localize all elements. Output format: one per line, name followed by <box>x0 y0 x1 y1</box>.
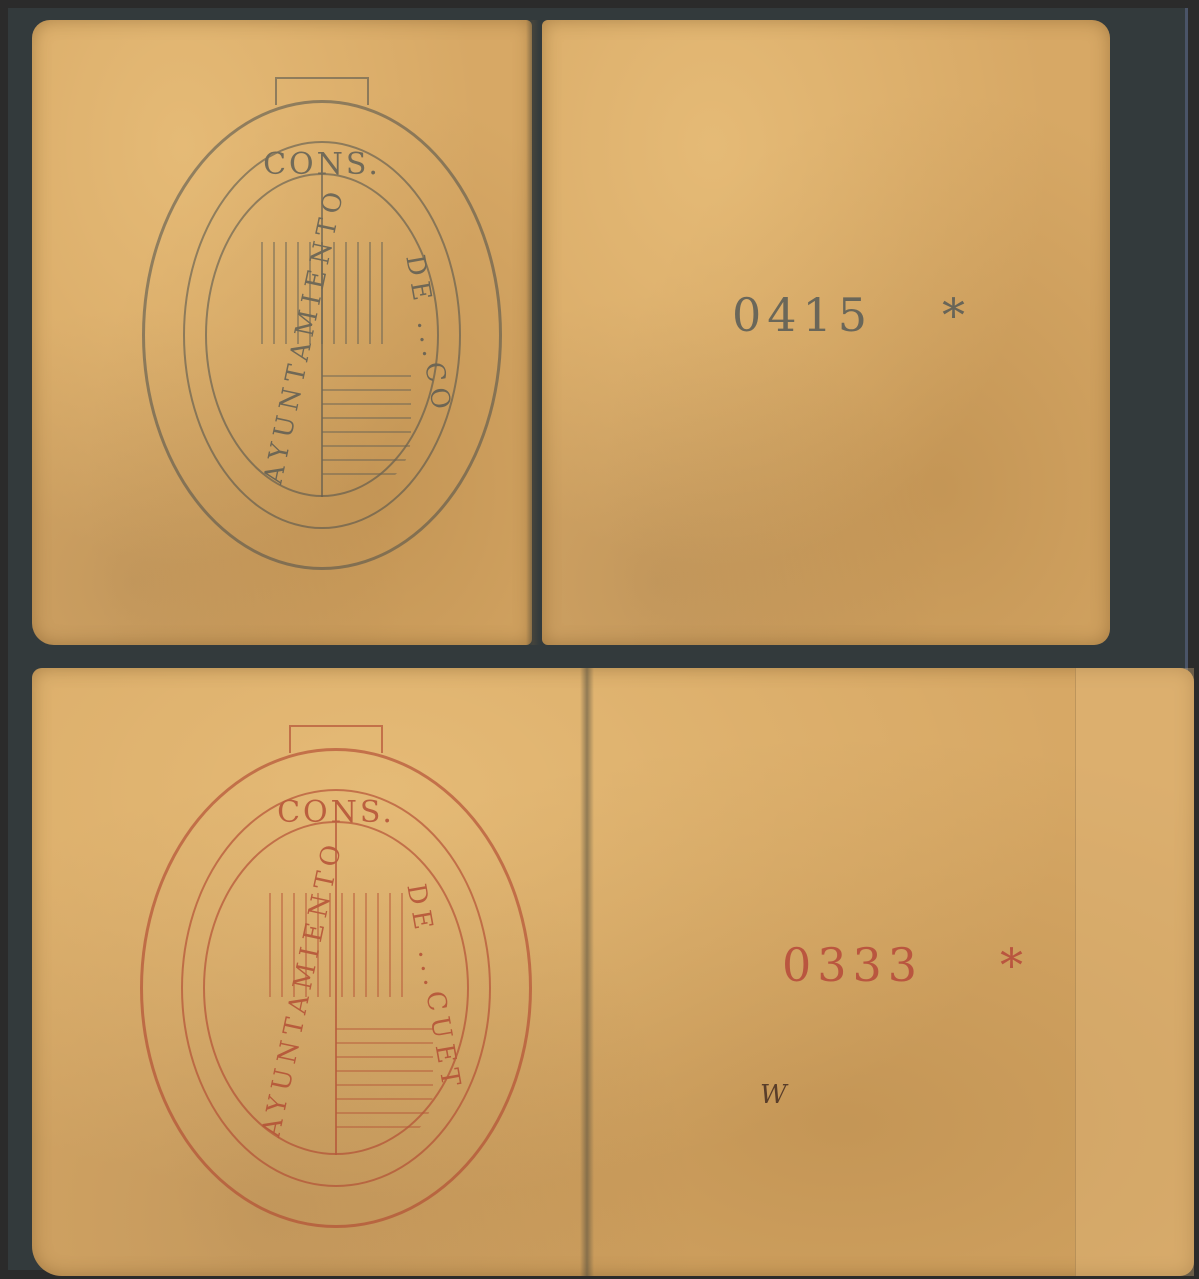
crown-icon <box>289 725 383 753</box>
serial-number: 0415 <box>732 288 873 342</box>
crown-icon <box>275 77 369 105</box>
seal-legend-top: CONS. <box>143 795 529 830</box>
top-note-right-panel: 0415 * <box>542 20 1110 645</box>
cathedral-icon <box>259 893 413 997</box>
fold-crease <box>580 668 594 1276</box>
handwritten-mark: W <box>760 1080 787 1110</box>
top-note-left-panel: CONS. AYUNTAMIENTO DE ...CO <box>32 20 532 645</box>
asterisk-icon: * <box>942 288 971 342</box>
paper-edge-strip <box>1075 668 1194 1276</box>
municipal-seal-red: CONS. AYUNTAMIENTO DE ...CUET <box>140 748 532 1228</box>
fold-crease <box>526 20 540 645</box>
serial-number: 0333 <box>782 938 923 992</box>
top-banknote: CONS. AYUNTAMIENTO DE ...CO 0415 * <box>32 20 1110 645</box>
bottom-banknote: CONS. AYUNTAMIENTO DE ...CUET 0333 * W <box>32 668 1194 1276</box>
image-frame: CONS. AYUNTAMIENTO DE ...CO 0415 * CONS.… <box>8 8 1188 1270</box>
shield-icon <box>322 363 411 484</box>
municipal-seal-grey: CONS. AYUNTAMIENTO DE ...CO <box>142 100 502 570</box>
asterisk-icon: * <box>1000 938 1029 992</box>
shield-icon <box>336 1016 433 1139</box>
seal-legend-top: CONS. <box>145 147 499 182</box>
